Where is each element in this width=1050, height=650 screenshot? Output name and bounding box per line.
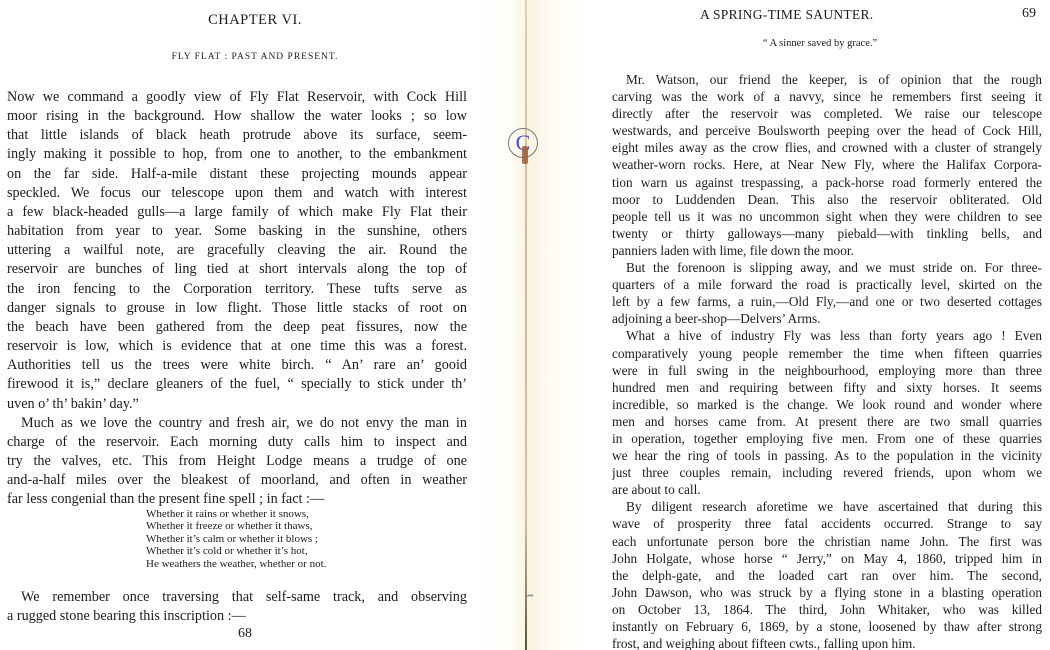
text-line: left by a few farms, a ruin,—Old Fly,—an… <box>612 293 1042 310</box>
text-line: westwards, and perceive Boulsworth peepi… <box>612 122 1042 139</box>
text-line: quarters of a mile forward the road is p… <box>612 276 1042 293</box>
text-line: a rugged stone bearing this inscription … <box>7 607 467 626</box>
text-line: comparatively young people remember the … <box>612 345 1042 362</box>
text-line: instantly on February 6, 1869, by a ston… <box>612 618 1042 635</box>
verse-line: Whether it’s cold or whether it’s hot, <box>146 545 326 557</box>
paragraph: By diligent research aforetime we have a… <box>612 498 1042 650</box>
text-line: panniers laden with lime, file down the … <box>612 242 1042 259</box>
right-paragraphs: Mr. Watson, our friend the keeper, is of… <box>612 71 1042 650</box>
text-line: Mr. Watson, our friend the keeper, is of… <box>612 71 1042 88</box>
text-line: habitation from year to year. Some baski… <box>7 222 467 241</box>
text-line: wave of prosperity three fatal accidents… <box>612 515 1042 532</box>
text-line: John Dawson, who was struck by a flying … <box>612 584 1042 601</box>
verse-line: Whether it rains or whether it snows, <box>146 508 326 520</box>
text-line: a few black-headed gulls—a large family … <box>7 203 467 222</box>
chapter-title: CHAPTER VI. <box>0 12 510 29</box>
text-line: Much as we love the country and fresh ai… <box>7 414 467 433</box>
text-line: Authorities tell us the trees were white… <box>7 356 467 375</box>
text-line: each unfortunate person bore the christi… <box>612 533 1042 550</box>
text-line: and-a-half miles over the bleakest of mo… <box>7 471 467 490</box>
text-line: on the far side. Half-a-mile distant the… <box>7 165 467 184</box>
running-head: A SPRING-TIME SAUNTER. <box>700 7 873 23</box>
stone-inscription: “ A sinner saved by grace.” <box>600 38 1040 49</box>
paragraph: Now we command a goodly view of Fly Flat… <box>7 88 467 414</box>
text-line: reservoir is low, which is evidence that… <box>7 337 467 356</box>
left-paragraph-3: We remember once traversing that self-sa… <box>7 588 467 626</box>
verse-block: Whether it rains or whether it snows, Wh… <box>146 508 326 570</box>
text-line: uven o’ th’ bakin’ day.” <box>7 395 467 414</box>
text-line: just three couples remain, including rev… <box>612 464 1042 481</box>
paragraph: What a hive of industry Fly was less tha… <box>612 327 1042 498</box>
text-line: the iron fencing to the Corporation terr… <box>7 280 467 299</box>
text-line: men and horses came from. At present the… <box>612 413 1042 430</box>
gutter-line <box>525 0 527 650</box>
binding-stain <box>522 146 528 164</box>
verse-line: He weathers the weather, whether or not. <box>146 558 326 570</box>
paragraph: But the forenoon is slipping away, and w… <box>612 259 1042 327</box>
text-line: By diligent research aforetime we have a… <box>612 498 1042 515</box>
text-line: frost, and weighing about fifteen cwts.,… <box>612 635 1042 650</box>
text-line: the beach have been gathered from the de… <box>7 318 467 337</box>
paragraph: We remember once traversing that self-sa… <box>7 588 467 626</box>
text-line: in operation, together employing five me… <box>612 430 1042 447</box>
left-paragraphs-1-2: Now we command a goodly view of Fly Flat… <box>7 88 467 509</box>
gutter-shadow <box>510 0 550 650</box>
text-line: uttering a wailful note, are gracefully … <box>7 241 467 260</box>
text-line: danger signals to grouse in low flight. … <box>7 299 467 318</box>
text-line: far less congenial than the present fine… <box>7 490 467 509</box>
text-line: eight miles away as the crow flies, and … <box>612 139 1042 156</box>
book-spread: CHAPTER VI. FLY FLAT : PAST AND PRESENT.… <box>0 0 1050 650</box>
page-number-left: 68 <box>0 626 490 642</box>
left-page: CHAPTER VI. FLY FLAT : PAST AND PRESENT.… <box>0 0 524 650</box>
paragraph: Mr. Watson, our friend the keeper, is of… <box>612 71 1042 259</box>
text-line: adjoining a beer-shop—Delvers’ Arms. <box>612 310 1042 327</box>
text-line: were in full swing in the neighbourhood,… <box>612 362 1042 379</box>
text-line: moor to Luddenden Dean. This also the re… <box>612 191 1042 208</box>
text-line: But the forenoon is slipping away, and w… <box>612 259 1042 276</box>
text-line: directly after the reservoir was complet… <box>612 105 1042 122</box>
paragraph: Much as we love the country and fresh ai… <box>7 414 467 510</box>
text-line: that little islands of black heath protr… <box>7 126 467 145</box>
text-line: What a hive of industry Fly was less tha… <box>612 327 1042 344</box>
text-line: people tell us it was no uncommon sight … <box>612 208 1042 225</box>
text-line: try the valves, etc. This from Height Lo… <box>7 452 467 471</box>
text-line: weather-worn rocks. Here, at Near New Fl… <box>612 156 1042 173</box>
verse-line: Whether it freeze or whether it thaws, <box>146 520 326 532</box>
text-line: carving was the work of a navvy, since h… <box>612 88 1042 105</box>
text-line: We remember once traversing that self-sa… <box>7 588 467 607</box>
text-line: moor rising in the background. How shall… <box>7 107 467 126</box>
chapter-subtitle: FLY FLAT : PAST AND PRESENT. <box>0 52 510 62</box>
text-line: tion warn us against trespassing, a pack… <box>612 174 1042 191</box>
gutter-mark: ⁗ <box>527 594 534 605</box>
text-line: on October 13, 1864. The third, John Whi… <box>612 601 1042 618</box>
text-line: speckled. We focus our telescope upon th… <box>7 184 467 203</box>
text-line: ingly making it possible to hop, from on… <box>7 145 467 164</box>
text-line: firewood it is,” declare gleaners of the… <box>7 375 467 394</box>
text-line: incredible, so marked is the change. We … <box>612 396 1042 413</box>
text-line: Now we command a goodly view of Fly Flat… <box>7 88 467 107</box>
text-line: charge of the reservoir. Each morning du… <box>7 433 467 452</box>
text-line: reservoir are bunches of ling tied at sh… <box>7 260 467 279</box>
text-line: the delph-gate, and the loaded cart ran … <box>612 567 1042 584</box>
verse-line: Whether it’s calm or whether it blows ; <box>146 533 326 545</box>
page-number-right: 69 <box>1022 6 1036 22</box>
text-line: are about to call. <box>612 481 1042 498</box>
text-line: hundred men and requiring between fifty … <box>612 379 1042 396</box>
text-line: twenty or thirty galloways—many piebald—… <box>612 225 1042 242</box>
text-line: John Holgate, whose horse “ Jerry,” on M… <box>612 550 1042 567</box>
text-line: we hear the ring of tools in passing. As… <box>612 447 1042 464</box>
